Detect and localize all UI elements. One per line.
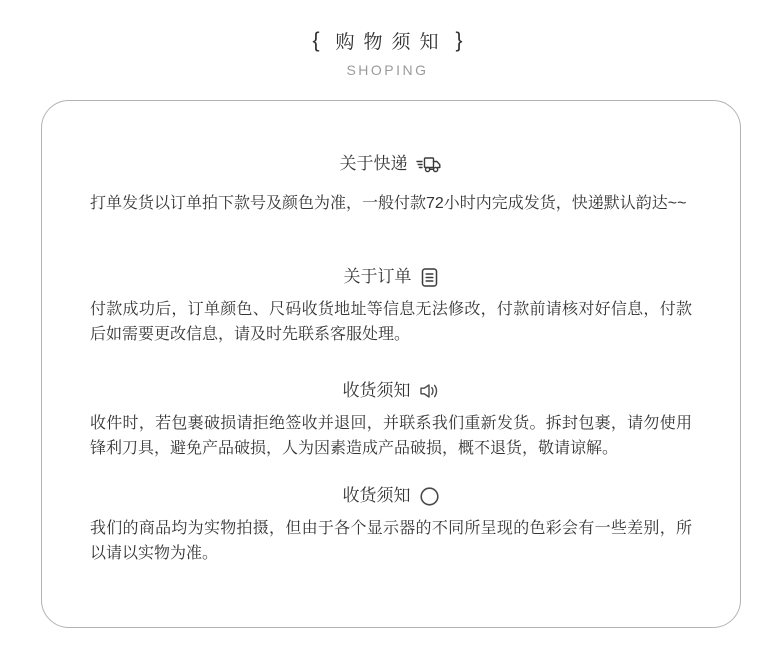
circle-icon bbox=[419, 486, 440, 507]
section-receiving-heading: 收货须知 bbox=[90, 380, 692, 402]
page-title: { 购物须知 } bbox=[0, 27, 775, 54]
section-shipping: 关于快递 打单发货以订单拍下款号及颜色为准，一般付款72小时内完成发货，快递默认… bbox=[90, 153, 692, 216]
title-brace-right: } bbox=[456, 29, 463, 53]
section-shipping-heading: 关于快递 bbox=[90, 153, 692, 175]
section-receiving-title: 收货须知 bbox=[343, 380, 411, 402]
section-product: 收货须知 我们的商品均为实物拍摄，但由于各个显示器的不同所呈现的色彩会有一些差别… bbox=[90, 485, 692, 566]
section-product-title: 收货须知 bbox=[343, 485, 411, 507]
page-title-text: 购物须知 bbox=[335, 27, 447, 54]
document-icon bbox=[420, 267, 439, 288]
section-shipping-title: 关于快递 bbox=[340, 153, 408, 175]
page-header: { 购物须知 } SHOPING bbox=[0, 0, 775, 78]
section-order-title: 关于订单 bbox=[344, 266, 412, 288]
section-order-heading: 关于订单 bbox=[90, 266, 692, 288]
truck-icon bbox=[416, 154, 443, 175]
section-receiving-body: 收件时，若包裹破损请拒绝签收并退回，并联系我们重新发货。拆封包裹，请勿使用锋利刀… bbox=[90, 411, 692, 461]
section-shipping-body: 打单发货以订单拍下款号及颜色为准，一般付款72小时内完成发货，快递默认韵达~~ bbox=[90, 191, 692, 216]
section-product-heading: 收货须知 bbox=[90, 485, 692, 507]
page-subtitle: SHOPING bbox=[0, 62, 775, 78]
section-order-body: 付款成功后，订单颜色、尺码收货地址等信息无法修改，付款前请核对好信息，付款后如需… bbox=[90, 297, 692, 347]
speaker-icon bbox=[419, 382, 440, 400]
section-receiving: 收货须知 收件时，若包裹破损请拒绝签收并退回，并联系我们重新发货。拆封包裹，请勿… bbox=[90, 380, 692, 461]
shopping-notice-page: { 购物须知 } SHOPING 关于快递 bbox=[0, 0, 775, 653]
section-product-body: 我们的商品均为实物拍摄，但由于各个显示器的不同所呈现的色彩会有一些差别，所以请以… bbox=[90, 516, 692, 566]
section-order: 关于订单 付款成功后，订单颜色、尺码收货地址等信息无法修改，付款前请核对好信息，… bbox=[90, 266, 692, 347]
title-brace-left: { bbox=[312, 29, 319, 53]
notice-panel: 关于快递 打单发货以订单拍下款号及颜色为准，一般付款72小时内完成发货，快递默认… bbox=[41, 100, 741, 628]
